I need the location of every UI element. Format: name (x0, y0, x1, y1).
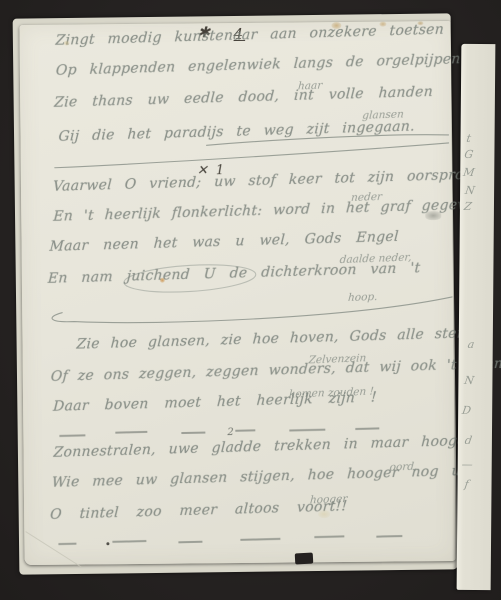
manuscript-page: ✱ 4 Zingt moedig kunstenaar aan onzekere… (19, 21, 455, 565)
handwriting-line: Maar neen het was u wel, Gods Engel (49, 229, 399, 255)
handwriting-fragment: G (463, 148, 474, 161)
interlinear-word: hoop. (348, 291, 378, 304)
foxing-stain (331, 22, 341, 29)
ink-fleck (160, 278, 165, 283)
ink-dot (106, 542, 109, 545)
handwriting-fragment: — (461, 458, 474, 471)
handwriting-fragment: d (464, 434, 473, 447)
handwriting-fragment: a (467, 338, 476, 351)
handwriting-line: Op klappenden engelenwiek langs de orgel… (55, 51, 461, 79)
handwriting-fragment: N (464, 184, 476, 197)
handwriting-line: Daar boven moet het heerlijk zijn ! (53, 389, 378, 414)
stanza-separator (58, 525, 402, 552)
handwriting-line: Wie mee uw glansen stijgen, hoe hooger n… (51, 463, 461, 491)
page-edge-notch (295, 553, 314, 565)
handwriting-line: Zingt moedig kunstenaar aan onzekere toe… (55, 22, 444, 49)
handwriting-line: Vaarwel O vriend; uw stof keer tot zijn … (53, 166, 483, 194)
handwriting-fragment: Z (463, 200, 473, 213)
handwriting-line: O tintel zoo meer altoos voort!! (50, 498, 348, 523)
handwriting-fragment: t (466, 132, 472, 145)
handwriting-line: En 't heerlijk flonkerlicht: word in het… (53, 196, 489, 225)
foxing-stain (417, 21, 423, 25)
handwriting-fragment: f (464, 478, 470, 491)
handwriting-fragment: M (462, 166, 475, 179)
adjacent-page: t G M N Z a N D d — f (457, 44, 496, 590)
handwriting-line: Zie hoe glansen, zie hoe hoven, Gods all… (76, 325, 489, 353)
handwriting-fragment: D (461, 404, 472, 417)
handwriting-fragment: N (463, 374, 475, 387)
interlinear-word: glansen (362, 108, 404, 122)
handwriting-line: En nam juichend U de dichterkroon van 't (47, 260, 421, 287)
handwriting-line: Gij die het paradijs te weg zijt ingegaa… (58, 118, 415, 144)
foxing-stain (379, 22, 386, 27)
handwriting-line: Zie thans uw eedle dood, int volle hande… (54, 84, 434, 111)
handwriting-layer: ✱ 4 Zingt moedig kunstenaar aan onzekere… (19, 21, 455, 565)
foxing-stain (64, 41, 70, 46)
handwriting-line: Of ze ons zeggen, zeggen wonders, dat wi… (50, 355, 501, 385)
manuscript-photo: ✱ 4 Zingt moedig kunstenaar aan onzekere… (0, 0, 501, 600)
erasure-smudge (425, 211, 441, 220)
section-number: 2 (227, 427, 233, 438)
